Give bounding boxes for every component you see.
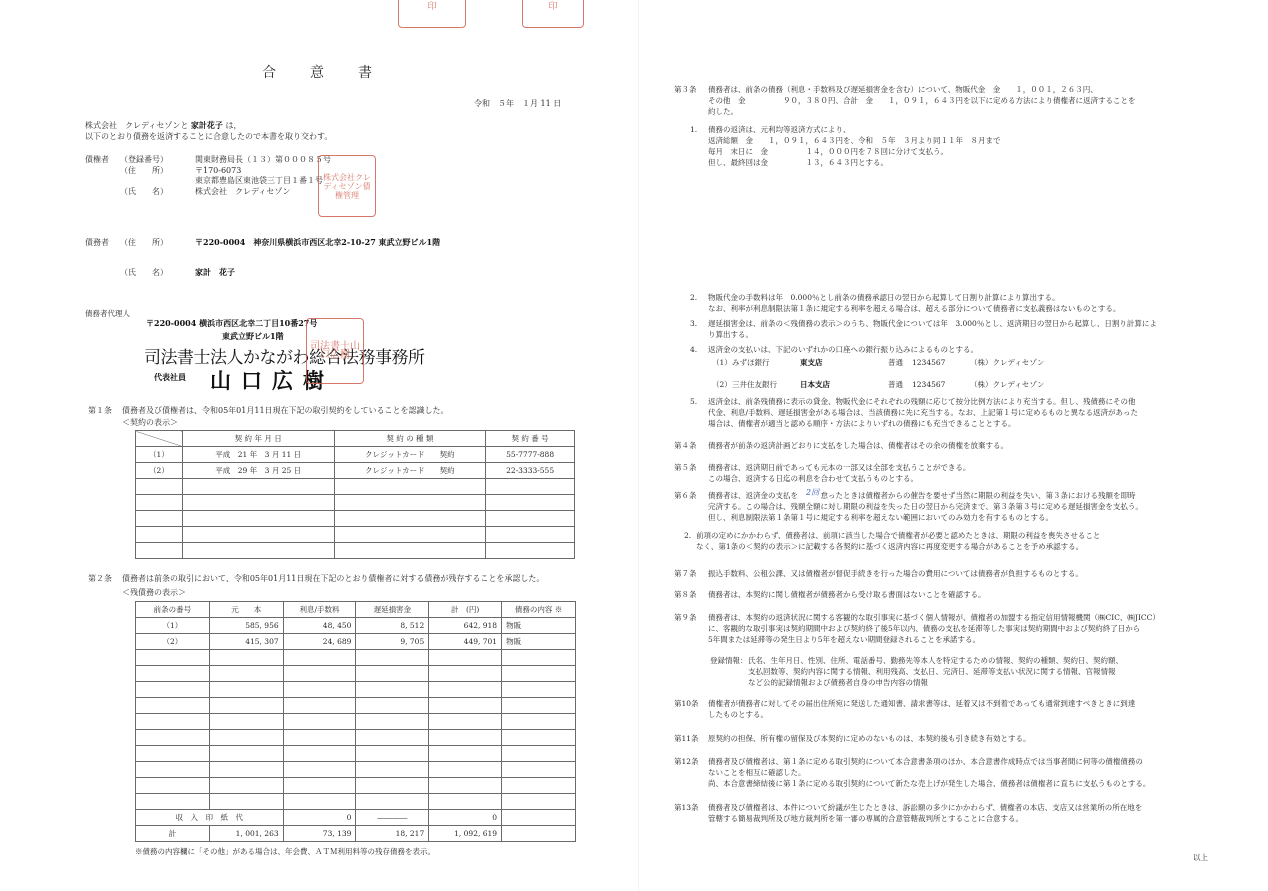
table-cell (502, 794, 576, 810)
creditor-seal-stamp: 株式会社クレディセゾン債権管理 (318, 155, 376, 217)
table-cell (429, 778, 502, 794)
table-cell (334, 479, 486, 495)
creditor-addr-label: （住 所） (120, 165, 168, 176)
table-cell: （2） (136, 634, 210, 650)
table-cell (486, 543, 575, 559)
article3-item-1-line: 但し、最終回は金 １３，６４３円とする。 (708, 157, 888, 168)
article3-item-number: 5. (690, 396, 697, 407)
article2-label: 第２条 (88, 573, 112, 584)
article6-line: 完済する。この場合は、残額全額に対し期限の利益を失った日の翌日から完済まで、第３… (708, 501, 1143, 512)
table-cell (283, 666, 356, 682)
table-cell (209, 650, 283, 666)
table-cell (209, 714, 283, 730)
intro-prefix: 株式会社 クレディセゾンと (85, 121, 188, 130)
table-cell (502, 826, 576, 842)
column-header: 契 約 年 月 日 (182, 431, 334, 447)
article2-text: 債務者は前条の取引において、令和05年01月11日現在下記のとおり債権者に対する… (122, 573, 544, 584)
table-cell: 1, 001, 263 (209, 826, 283, 842)
article2-table-caption: ＜残債務の表示＞ (122, 587, 186, 598)
table-cell (334, 495, 486, 511)
table-cell: 22-3333-555 (486, 463, 575, 479)
table-cell (429, 730, 502, 746)
article12-label: 第12条 (674, 756, 699, 767)
article3-line: その他 金 ９０，３８０円、合計 金 １，０９１，６４３円を以下に定める方法によ… (708, 95, 1136, 106)
table-cell (502, 682, 576, 698)
table-cell (502, 778, 576, 794)
table-cell (429, 682, 502, 698)
article9-registration-line: など公的記録情報および債務者自身の申告内容の情報 (748, 677, 928, 688)
article3-item-4-line: 返済金の支払いは、下記のいずれかの口座への銀行振り込みによるものとする。 (708, 344, 978, 355)
article3-item-3-line: 遅延損害金は、前条の＜残債務の表示＞のうち、物販代金については年 3.000％と… (708, 318, 1157, 329)
account-number-label: （2） (712, 379, 732, 390)
table-cell: 18, 217 (356, 826, 429, 842)
article13-label: 第13条 (674, 802, 699, 813)
intro-line-2: 以下のとおり債務を返済することに合意したので本書を取り交わす。 (85, 131, 332, 142)
account-bank: 三井住友銀行 (732, 379, 777, 390)
creditor-reg-label: （登録番号） (120, 154, 168, 165)
table-cell (136, 527, 183, 543)
article3-label: 第３条 (674, 84, 697, 95)
column-header: 元 本 (209, 602, 283, 618)
table-cell: クレジットカード 契約 (334, 463, 486, 479)
creditor-name: 株式会社 クレディセゾン (195, 186, 290, 197)
article8-line: 債務者は、本契約に関し債権者が債務者から受け取る書面はないことを確認する。 (708, 589, 986, 600)
table-cell (502, 810, 576, 826)
empty-row (136, 698, 576, 714)
table-row: （2）平成 29 年 3 月 25 日クレジットカード 契約22-3333-55… (136, 463, 575, 479)
article2-note: ※債務の内容欄に「その他」がある場合は、年会費、ＡＴＭ利用料等の残存債務を表示。 (135, 846, 435, 857)
table-cell (356, 746, 429, 762)
column-header: 利息/手数料 (283, 602, 356, 618)
table-cell (429, 714, 502, 730)
column-header: 契 約 番 号 (486, 431, 575, 447)
table-cell (486, 511, 575, 527)
table-cell (209, 698, 283, 714)
creditor-reg-value: 関東財務局長（１３）第０００８５号 (195, 154, 331, 165)
table-cell: 73, 139 (283, 826, 356, 842)
table-cell (283, 778, 356, 794)
table-cell: 物販 (502, 618, 576, 634)
table-cell (429, 698, 502, 714)
account-number: 1234567 (912, 357, 945, 368)
article4-label: 第４条 (674, 440, 697, 451)
article3-item-5-line: 場合は、債権者が適当と認める順序・方法によりいずれの債務にも充当できることとする… (708, 418, 1016, 429)
table-cell (502, 730, 576, 746)
table-cell (334, 511, 486, 527)
article11-label: 第11条 (674, 733, 699, 744)
table-row: （1）平成 21 年 3 月 11 日クレジットカード 契約55-7777-88… (136, 447, 575, 463)
table-cell (429, 762, 502, 778)
stamp-fee-row: 収 入 印 紙 代0――――0 (136, 810, 576, 826)
table-cell (502, 698, 576, 714)
table-row: （1）585, 95648, 4508, 512642, 918物販 (136, 618, 576, 634)
agent-seal-stamp: 司法書士山口広樹 (306, 318, 364, 384)
table-cell (209, 746, 283, 762)
table-cell (502, 650, 576, 666)
table-cell: 9, 705 (356, 634, 429, 650)
article3-item-number: 1. (690, 124, 697, 135)
contract-table: 契 約 年 月 日契 約 の 種 類契 約 番 号（1）平成 21 年 3 月 … (135, 430, 575, 559)
table-cell (334, 543, 486, 559)
table-cell (283, 746, 356, 762)
article9-line: 債務者は、本契約の返済状況に関する客観的な取引事実に基づく個人情報が、債権者の加… (708, 612, 1160, 623)
account-type: 普通 (888, 379, 903, 390)
table-cell (356, 762, 429, 778)
table-cell: 平成 21 年 3 月 11 日 (182, 447, 334, 463)
table-cell (429, 666, 502, 682)
table-cell (502, 762, 576, 778)
article1-label: 第１条 (88, 405, 112, 416)
table-cell (136, 511, 183, 527)
debtor-name-label: （氏 名） (120, 267, 168, 278)
article9-registration-line: 支払回数等、契約内容に関する情報、利用残高、支払日、完済日、延滞等支払い状況に関… (748, 666, 1116, 677)
table-cell (356, 666, 429, 682)
table-cell: 415, 307 (209, 634, 283, 650)
empty-row (136, 746, 576, 762)
account-number: 1234567 (912, 379, 945, 390)
table-cell (429, 650, 502, 666)
debtor-addr-label: （住 所） (120, 237, 168, 248)
table-cell: 8, 512 (356, 618, 429, 634)
table-cell (209, 794, 283, 810)
column-header: 債務の内容 ※ (502, 602, 576, 618)
table-cell (136, 794, 210, 810)
table-cell (136, 778, 210, 794)
article3-item-1-line: 債務の返済は、元利均等返済方式により、 (708, 124, 851, 135)
table-cell (209, 762, 283, 778)
table-cell: 642, 918 (429, 618, 502, 634)
table-cell (209, 778, 283, 794)
account-holder: （株）クレディセゾン (970, 379, 1044, 390)
column-header: 前条の番号 (136, 602, 210, 618)
seal-stamp-top-right: 印 (522, 0, 584, 28)
document-date: 令和 ５年 １月 11 日 (474, 98, 561, 109)
article9-registration-label: 登録情報： (710, 655, 748, 666)
table-header-row: 前条の番号元 本利息/手数料遅延損害金計 (円)債務の内容 ※ (136, 602, 576, 618)
table-cell (356, 778, 429, 794)
empty-row (136, 543, 575, 559)
table-cell (283, 682, 356, 698)
table-cell (356, 730, 429, 746)
debtor-address: 〒220-0004 神奈川県横浜市西区北幸2-10-27 東武立野ビル1階 (195, 237, 440, 248)
empty-row (136, 714, 576, 730)
table-cell (136, 682, 210, 698)
article8-label: 第８条 (674, 589, 697, 600)
empty-row (136, 730, 576, 746)
table-row: （2）415, 30724, 6899, 705449, 701物販 (136, 634, 576, 650)
article13-line: 債務者及び債権者は、本件について紛議が生じたときは、訴訟額の多少にかかわらず、債… (708, 802, 1142, 813)
empty-row (136, 495, 575, 511)
article3-item-5-line: 返済金は、前条残債務に表示の貸金、物販代金にそれぞれの残額に応じて按分比例方法に… (708, 396, 1136, 407)
empty-row (136, 479, 575, 495)
table-cell (136, 746, 210, 762)
table-cell (502, 714, 576, 730)
account-branch: 日本支店 (800, 379, 830, 390)
column-header: 計 (円) (429, 602, 502, 618)
table-cell (136, 698, 210, 714)
article7-label: 第７条 (674, 568, 697, 579)
table-cell (356, 714, 429, 730)
empty-row (136, 682, 576, 698)
table-cell: （1） (136, 447, 183, 463)
table-cell (136, 495, 183, 511)
article5-line: 債務者は、返済期日前であっても元本の一部又は全部を支払うことができる。 (708, 462, 970, 473)
article3-item-5-line: 代金、利息/手数料、遅延損害金がある場合は、当該債務に先に充当する。なお、上記第… (708, 407, 1138, 418)
article9-label: 第９条 (674, 612, 697, 623)
table-cell: 585, 956 (209, 618, 283, 634)
article4-line: 債務者が前条の返済計画どおりに支払をした場合は、債権者はその余の債権を放棄する。 (708, 440, 1008, 451)
article3-item-1-line: 毎月 末日に 金 １４，０００円を７８回に分けて支払う。 (708, 146, 948, 157)
article1-table-caption: ＜契約の表示＞ (122, 417, 178, 428)
article6-item-number: 2. (684, 530, 691, 541)
table-cell (283, 762, 356, 778)
remaining-debt-table: 前条の番号元 本利息/手数料遅延損害金計 (円)債務の内容 ※（1）585, 9… (135, 601, 576, 842)
article10-label: 第10条 (674, 698, 699, 709)
total-row: 計1, 001, 26373, 13918, 2171, 092, 619 (136, 826, 576, 842)
table-cell (429, 746, 502, 762)
empty-row (136, 650, 576, 666)
article3-item-1-line: 返済総額 金 １，０９１，６４３円を、令和 ５年 ３月より同１１年 ８月まで (708, 135, 1001, 146)
article5-label: 第５条 (674, 462, 697, 473)
article9-line: 5年間または延滞等の発生日より5年を超えない期間登録されることを承諾する。 (708, 634, 980, 645)
account-type: 普通 (888, 357, 903, 368)
table-cell: 物販 (502, 634, 576, 650)
table-cell: 48, 450 (283, 618, 356, 634)
table-cell: 0 (429, 810, 502, 826)
table-cell (182, 527, 334, 543)
column-header: 遅延損害金 (356, 602, 429, 618)
table-cell (283, 698, 356, 714)
empty-row (136, 794, 576, 810)
table-cell: 平成 29 年 3 月 25 日 (182, 463, 334, 479)
debtor-role: 債務者 (85, 237, 109, 248)
article6-line: 債務者は、返済金の支払を 怠ったときは債権者からの催告を要せず当然に期限の利益を… (708, 490, 1136, 501)
total-label: 計 (136, 826, 210, 842)
table-cell (283, 794, 356, 810)
creditor-address: 東京都豊島区東池袋三丁目１番１号 (195, 175, 323, 186)
article3-item-number: 2. (690, 292, 697, 303)
article3-item-3-line: り算出する。 (708, 329, 753, 340)
article13-line: 管轄する簡易裁判所及び地方裁判所を第一審の専属的合意管轄裁判所とすることに合意す… (708, 813, 1023, 824)
stamp-fee-label: 収 入 印 紙 代 (136, 810, 284, 826)
table-header-row: 契 約 年 月 日契 約 の 種 類契 約 番 号 (136, 431, 575, 447)
table-cell (334, 527, 486, 543)
table-cell (182, 543, 334, 559)
article6-line: 但し、利息制限法第１条第１号に規定する利率を超えない範囲においてのみ効力を有する… (708, 512, 1053, 523)
article10-line: 債権者が債務者に対してその届出住所宛に発送した通知書、請求書等は、延着又は不到着… (708, 698, 1135, 709)
article7-line: 振込手数料、公租公課、又は債権者が督促手続きを行った場合の費用については債務者が… (708, 568, 1083, 579)
agent-address-1: 〒220-0004 横浜市西区北幸二丁目10番27号 (146, 318, 317, 329)
article3-item-number: 4. (690, 344, 697, 355)
creditor-role: 債権者 (85, 154, 109, 165)
article6-label: 第６条 (674, 490, 697, 501)
table-cell (136, 730, 210, 746)
table-cell (502, 666, 576, 682)
empty-row (136, 527, 575, 543)
table-cell (182, 511, 334, 527)
table-cell (182, 495, 334, 511)
page-divider (638, 0, 639, 891)
article3-item-2-line: 物販代金の手数料は年 0.000％とし前条の債務承認日の翌日から起算して日割り計… (708, 292, 1059, 303)
diagonal-header-cell (136, 431, 183, 447)
article3-line: 債務者は、前条の債務（利息・手数料及び遅延損害金を含む）について、物販代金 金 … (708, 84, 1098, 95)
table-cell: 0 (283, 810, 356, 826)
empty-row (136, 666, 576, 682)
article12-line: 債務者及び債権者は、第１条に定める取引契約について本合意書条項のほか、本合意書作… (708, 756, 1143, 767)
table-cell: クレジットカード 契約 (334, 447, 486, 463)
table-cell (283, 730, 356, 746)
empty-row (136, 511, 575, 527)
article9-registration-line: 氏名、生年月日、性別、住所、電話番号、勤務先等本人を特定するための情報、契約の種… (748, 655, 1123, 666)
article1-text: 債務者及び債権者は、令和05年01月11日現在下記の取引契約をしていることを認識… (122, 405, 449, 416)
agent-title: 代表社員 (154, 372, 186, 383)
table-cell (209, 730, 283, 746)
table-cell (136, 479, 183, 495)
article6-item-2-line: 前項の定めにかかわらず、債務者は、前項に該当した場合で債権者が必要と認めたときは… (696, 530, 1100, 541)
table-cell (283, 714, 356, 730)
article5-line: この場合、返済する日迄の利息を合わせて支払うものとする。 (708, 473, 918, 484)
account-number-label: （1） (712, 357, 732, 368)
intro-line-1: 株式会社 クレディセゾンと 家計花子 は， (85, 120, 241, 131)
table-cell (136, 762, 210, 778)
table-cell (356, 650, 429, 666)
table-cell: ―――― (356, 810, 429, 826)
article3-line: 約した。 (708, 106, 738, 117)
table-cell (136, 543, 183, 559)
table-cell (429, 794, 502, 810)
table-cell: 449, 701 (429, 634, 502, 650)
article3-item-number: 3. (690, 318, 697, 329)
table-cell (209, 682, 283, 698)
intro-suffix: は， (225, 121, 241, 130)
table-cell: （2） (136, 463, 183, 479)
closing-text: 以上 (1193, 852, 1208, 863)
table-cell (356, 794, 429, 810)
table-cell (486, 495, 575, 511)
creditor-name-label: （氏 名） (120, 186, 168, 197)
table-cell (136, 666, 210, 682)
article10-line: したものとする。 (708, 709, 768, 720)
seal-stamp-top-left: 印 (398, 0, 466, 28)
account-branch: 東支店 (800, 357, 823, 368)
table-cell (136, 650, 210, 666)
account-bank: みずほ銀行 (732, 357, 770, 368)
table-cell (486, 479, 575, 495)
article12-line: 尚、本合意書締結後に第１条に定める取引契約について新たな売上げが発生した場合、債… (708, 778, 1150, 789)
article12-line: ないことを相互に確認した。 (708, 767, 806, 778)
empty-row (136, 762, 576, 778)
agent-role: 債務者代理人 (85, 308, 130, 319)
table-cell (283, 650, 356, 666)
document-title: 合意書 (262, 62, 406, 82)
table-cell (136, 714, 210, 730)
empty-row (136, 778, 576, 794)
handwritten-installments: 2回 (806, 487, 819, 498)
debtor-name: 家計 花子 (195, 267, 235, 278)
table-cell (356, 682, 429, 698)
table-cell: （1） (136, 618, 210, 634)
table-cell: 24, 689 (283, 634, 356, 650)
account-holder: （株）クレディセゾン (970, 357, 1044, 368)
table-cell (209, 666, 283, 682)
intro-debtor-name: 家計花子 (191, 120, 223, 130)
table-cell: 55-7777-888 (486, 447, 575, 463)
table-cell (502, 746, 576, 762)
table-cell (356, 698, 429, 714)
article11-line: 原契約の担保、所有権の留保及び本契約に定めのないものは、本契約後も引き続き有効と… (708, 733, 1031, 744)
agent-address-2: 東武立野ビル1階 (222, 331, 284, 342)
table-cell (182, 479, 334, 495)
article9-line: に、客観的な取引事実は契約期間中および契約終了後5年以内、債務の支払を延滞等した… (708, 623, 1140, 634)
table-cell: 1, 092, 619 (429, 826, 502, 842)
article3-item-2-line: なお、利率が利息制限法第１条に規定する利率を超える場合は、超える部分について債務… (708, 303, 1120, 314)
article6-item-2-line: なく、第1条の＜契約の表示＞に記載する各契約に基づく返済内容に再度変更する場合が… (696, 541, 1083, 552)
column-header: 契 約 の 種 類 (334, 431, 486, 447)
table-cell (486, 527, 575, 543)
